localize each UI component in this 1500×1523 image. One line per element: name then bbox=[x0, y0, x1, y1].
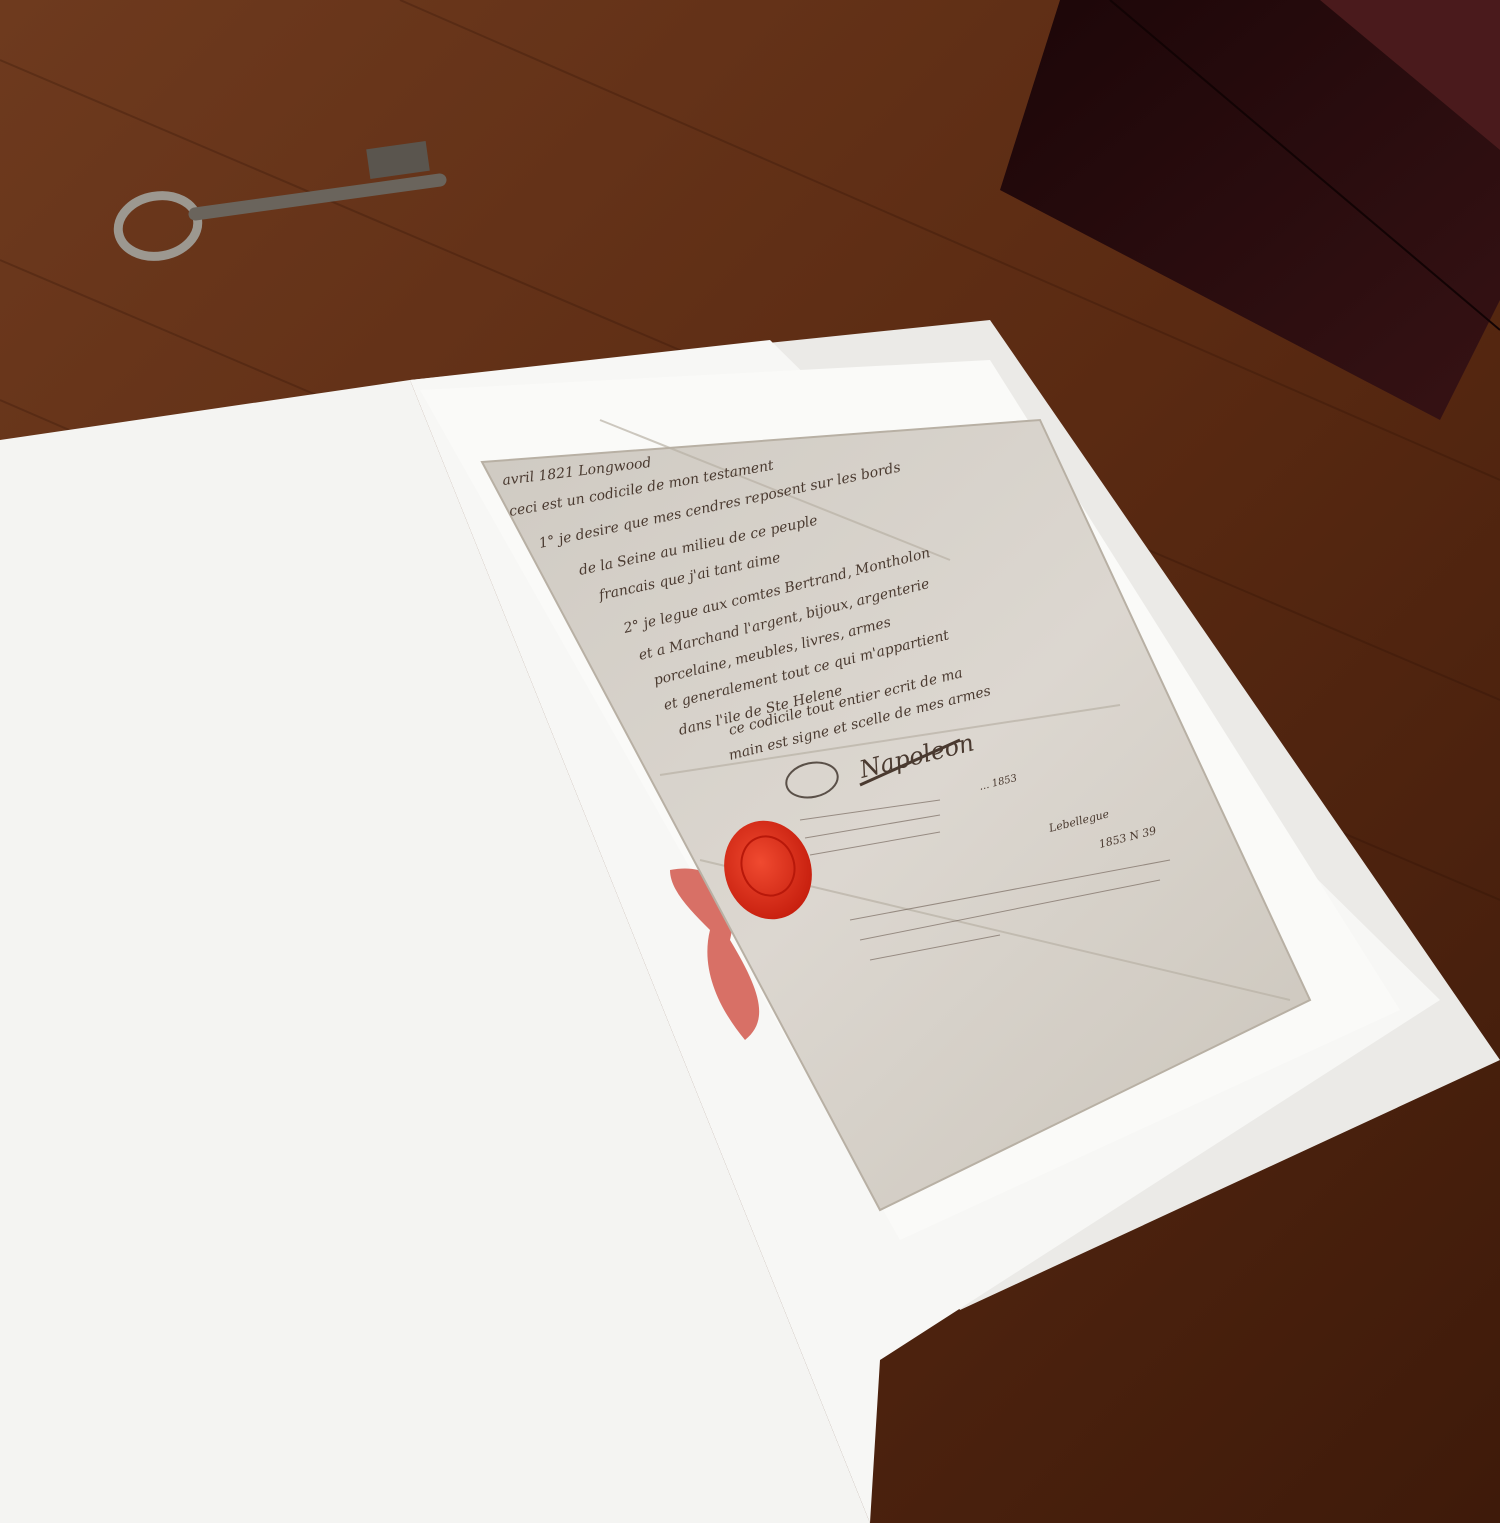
photo-scene: avril 1821 Longwood ceci est un codicile… bbox=[0, 0, 1500, 1523]
